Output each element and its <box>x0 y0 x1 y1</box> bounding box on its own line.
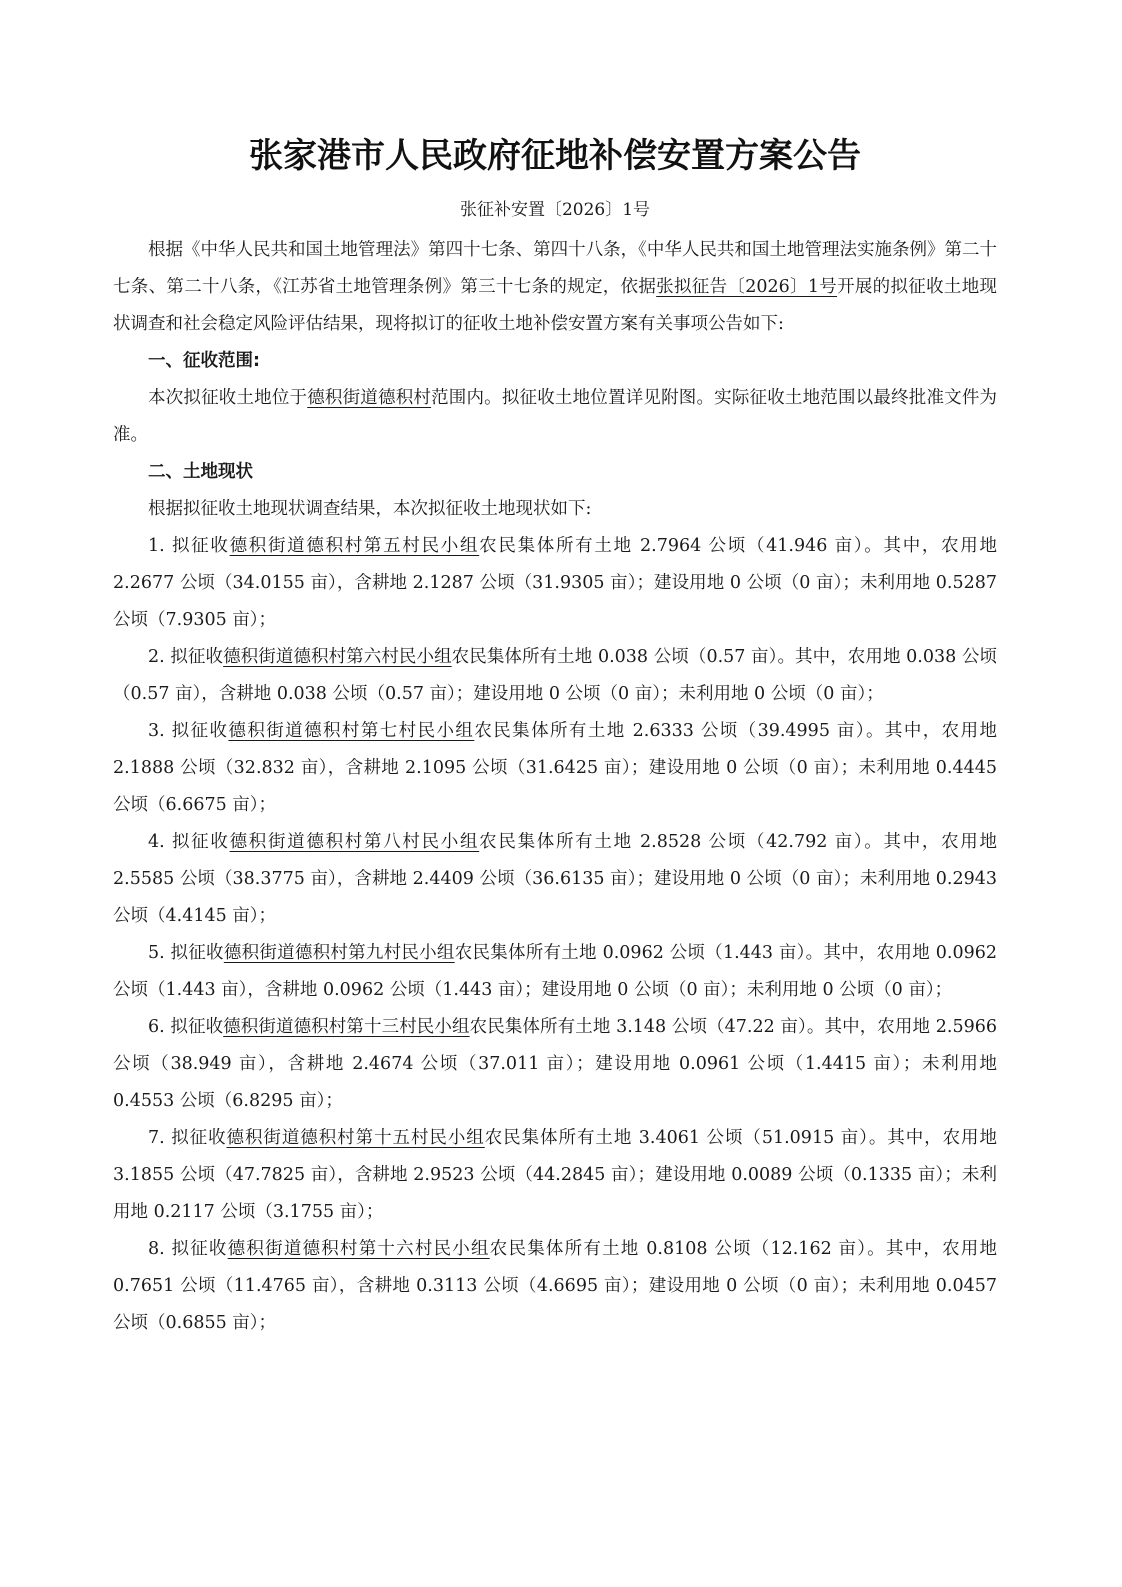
village-group: 德积街道德积村第八村民小组 <box>230 832 480 852</box>
item-prefix: 8. 拟征收 <box>148 1239 228 1259</box>
item-prefix: 2. 拟征收 <box>148 647 223 667</box>
document-number: 张征补安置〔2026〕1号 <box>113 196 997 224</box>
village-group: 德积街道德积村第十三村民小组 <box>223 1017 469 1037</box>
land-status-intro: 根据拟征收土地现状调查结果，本次拟征收土地现状如下: <box>113 491 997 528</box>
land-item-5: 5. 拟征收德积街道德积村第九村民小组农民集体所有土地 0.0962 公顷（1.… <box>113 935 997 1009</box>
intro-paragraph: 根据《中华人民共和国土地管理法》第四十七条、第四十八条，《中华人民共和国土地管理… <box>113 232 997 343</box>
item-prefix: 1. 拟征收 <box>148 536 230 556</box>
land-item-6: 6. 拟征收德积街道德积村第十三村民小组农民集体所有土地 3.148 公顷（47… <box>113 1009 997 1120</box>
village-group: 德积街道德积村第九村民小组 <box>224 943 455 963</box>
item-prefix: 4. 拟征收 <box>148 832 230 852</box>
scope-text-before: 本次拟征收土地位于 <box>148 388 307 408</box>
village-group: 德积街道德积村第七村民小组 <box>228 721 474 741</box>
land-item-7: 7. 拟征收德积街道德积村第十五村民小组农民集体所有土地 3.4061 公顷（5… <box>113 1120 997 1231</box>
item-prefix: 7. 拟征收 <box>148 1128 227 1148</box>
scope-location: 德积街道德积村 <box>307 388 431 408</box>
land-item-1: 1. 拟征收德积街道德积村第五村民小组农民集体所有土地 2.7964 公顷（41… <box>113 528 997 639</box>
section-heading-land-status: 二、土地现状 <box>113 454 997 491</box>
village-group: 德积街道德积村第十六村民小组 <box>228 1239 490 1259</box>
land-item-8: 8. 拟征收德积街道德积村第十六村民小组农民集体所有土地 0.8108 公顷（1… <box>113 1231 997 1342</box>
land-item-3: 3. 拟征收德积街道德积村第七村民小组农民集体所有土地 2.6333 公顷（39… <box>113 713 997 824</box>
village-group: 德积街道德积村第五村民小组 <box>230 536 480 556</box>
land-item-4: 4. 拟征收德积街道德积村第八村民小组农民集体所有土地 2.8528 公顷（42… <box>113 824 997 935</box>
item-prefix: 3. 拟征收 <box>148 721 228 741</box>
scope-paragraph: 本次拟征收土地位于德积街道德积村范围内。拟征收土地位置详见附图。实际征收土地范围… <box>113 380 997 454</box>
item-prefix: 6. 拟征收 <box>148 1017 223 1037</box>
reference-notice-number: 张拟征告〔2026〕1号 <box>656 277 837 297</box>
village-group: 德积街道德积村第六村民小组 <box>223 647 452 667</box>
land-item-2: 2. 拟征收德积街道德积村第六村民小组农民集体所有土地 0.038 公顷（0.5… <box>113 639 997 713</box>
document-title: 张家港市人民政府征地补偿安置方案公告 <box>113 130 997 182</box>
village-group: 德积街道德积村第十五村民小组 <box>227 1128 485 1148</box>
item-prefix: 5. 拟征收 <box>148 943 224 963</box>
document-page: 张家港市人民政府征地补偿安置方案公告 张征补安置〔2026〕1号 根据《中华人民… <box>113 130 997 1342</box>
section-heading-scope: 一、征收范围: <box>113 343 997 380</box>
